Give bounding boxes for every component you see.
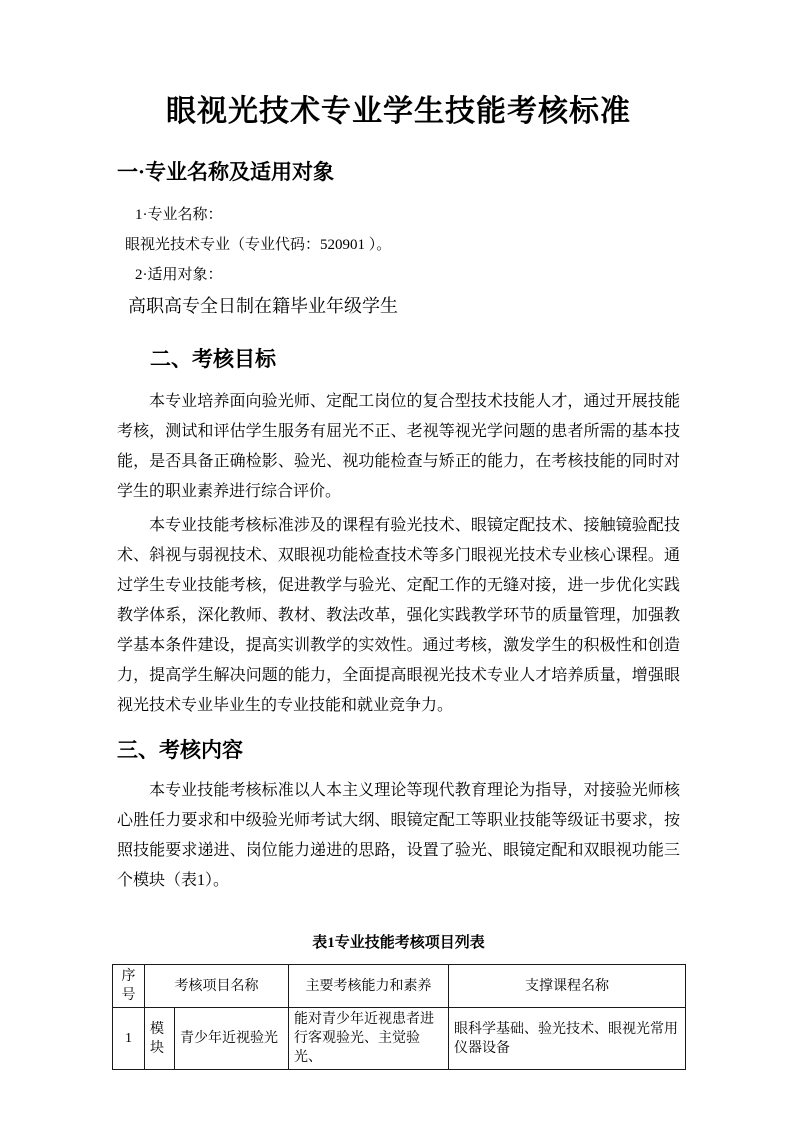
column-header-serial-no: 序号 bbox=[113, 965, 145, 1008]
cell-serial-no: 1 bbox=[113, 1008, 145, 1070]
column-header-courses: 支撑课程名称 bbox=[449, 965, 686, 1008]
skills-assessment-table: 序号 考核项目名称 主要考核能力和素养 支撑课程名称 1 模块 青少年近视验光 … bbox=[112, 964, 686, 1070]
cell-module: 模块 bbox=[145, 1008, 175, 1070]
column-header-ability: 主要考核能力和素养 bbox=[289, 965, 449, 1008]
section1-item2-value: 高职高专全日制在籍毕业年级学生 bbox=[117, 290, 680, 322]
table-header-row: 序号 考核项目名称 主要考核能力和素养 支撑课程名称 bbox=[113, 965, 686, 1008]
table-row: 1 模块 青少年近视验光 能对青少年近视患者进行客观验光、主觉验光、 眼科学基础… bbox=[113, 1008, 686, 1070]
section1-heading: 一·专业名称及适用对象 bbox=[117, 157, 680, 187]
section2-paragraph-2: 本专业技能考核标准涉及的课程有验光技术、眼镜定配技术、接触镜验配技术、斜视与弱视… bbox=[117, 511, 680, 721]
cell-ability: 能对青少年近视患者进行客观验光、主觉验光、 bbox=[289, 1008, 449, 1070]
section1-item2-label: 2·适用对象： bbox=[117, 260, 680, 290]
document-title: 眼视光技术专业学生技能考核标准 bbox=[117, 92, 680, 132]
section3-heading: 三、考核内容 bbox=[117, 735, 680, 765]
column-header-project-name: 考核项目名称 bbox=[145, 965, 289, 1008]
table1-caption: 表1专业技能考核项目列表 bbox=[117, 933, 680, 953]
section2-heading: 二、考核目标 bbox=[117, 344, 680, 374]
cell-project-name: 青少年近视验光 bbox=[175, 1008, 289, 1070]
cell-courses: 眼科学基础、验光技术、眼视光常用仪器设备 bbox=[449, 1008, 686, 1070]
document-page: 眼视光技术专业学生技能考核标准 一·专业名称及适用对象 1·专业名称： 眼视光技… bbox=[0, 0, 793, 1122]
section3-paragraph: 本专业技能考核标准以人本主义理论等现代教育理论为指导，对接验光师核心胜任力要求和… bbox=[117, 776, 680, 896]
section1-item1-value: 眼视光技术专业（专业代码：520901 ）。 bbox=[117, 230, 680, 260]
section1-item1-label: 1·专业名称： bbox=[117, 200, 680, 230]
section2-paragraph-1: 本专业培养面向验光师、定配工岗位的复合型技术技能人才，通过开展技能考核，测试和评… bbox=[117, 387, 680, 507]
